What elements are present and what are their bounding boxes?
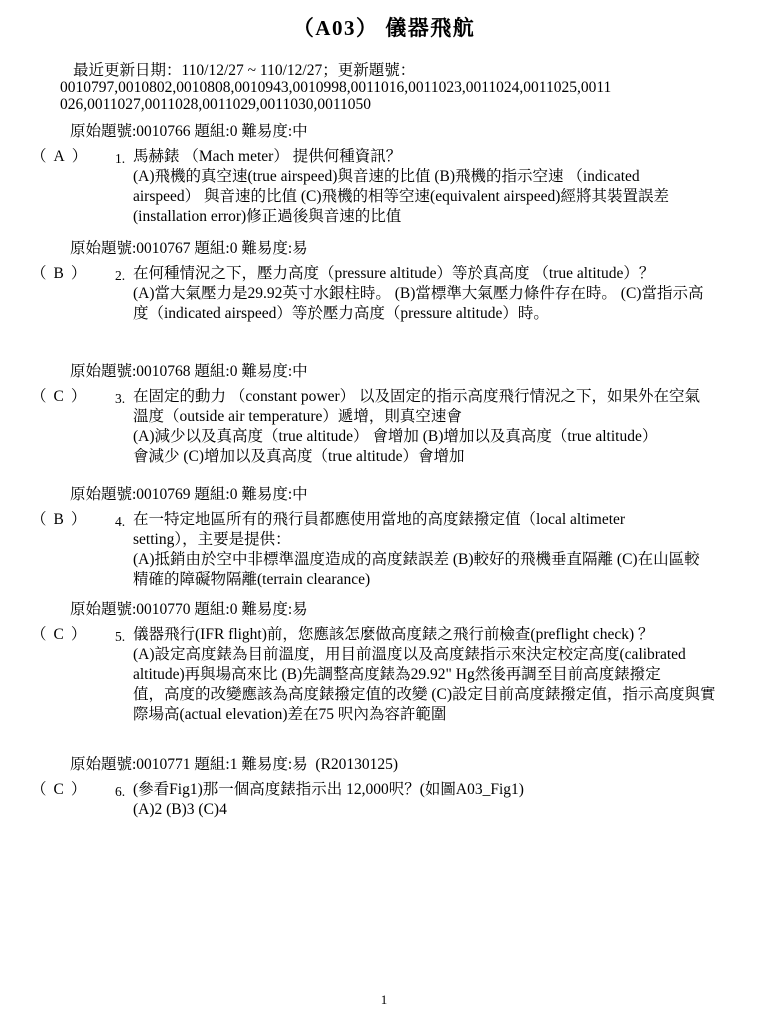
question-block: 原始題號:0010768 題組:0 難易度:中 （C） 3. 在固定的動力 （c… xyxy=(0,362,768,467)
question-text-line: (A)抵銷由於空中非標準溫度造成的高度錶誤差 (B)較好的飛機垂直隔離 (C)在… xyxy=(133,550,768,570)
answer-key: （C） xyxy=(31,780,93,800)
question-text: 在固定的動力 （constant power） 以及固定的指示高度飛行情況之下，… xyxy=(133,387,768,467)
question-number: 5. xyxy=(115,627,125,647)
page-title: （A03） 儀器飛航 xyxy=(0,0,768,41)
question-body: （B） 2. 在何種情況之下，壓力高度（pressure altitude）等於… xyxy=(0,264,768,324)
question-block: 原始題號:0010770 題組:0 難易度:易 （C） 5. 儀器飛行(IFR … xyxy=(0,600,768,725)
question-text-line: (參看Fig1)那一個高度錶指示出 12,000呎？(如圖A03_Fig1) xyxy=(133,780,768,800)
question-text: 在一特定地區所有的飛行員都應使用當地的高度錶撥定值（local altimete… xyxy=(133,510,768,590)
question-text: 儀器飛行(IFR flight)前，您應該怎麼做高度錶之飛行前檢查(prefli… xyxy=(133,625,768,725)
question-number: 3. xyxy=(115,389,125,409)
question-meta: 原始題號:0010768 題組:0 難易度:中 xyxy=(70,362,768,382)
question-text: 馬赫錶 （Mach meter） 提供何種資訊？(A)飛機的真空速(true a… xyxy=(133,147,768,227)
question-meta: 原始題號:0010769 題組:0 難易度:中 xyxy=(70,485,768,505)
question-text-line: (installation error)修正過後與音速的比值 xyxy=(133,207,768,227)
question-meta: 原始題號:0010766 題組:0 難易度:中 xyxy=(70,122,768,142)
question-text: 在何種情況之下，壓力高度（pressure altitude）等於真高度 （tr… xyxy=(133,264,768,324)
question-text-line: (A)當大氣壓力是29.92英寸水銀柱時。 (B)當標準大氣壓力條件存在時。 (… xyxy=(133,284,768,304)
question-meta: 原始題號:0010770 題組:0 難易度:易 xyxy=(70,600,768,620)
answer-key: （B） xyxy=(31,510,93,530)
question-text-line: (A)飛機的真空速(true airspeed)與音速的比值 (B)飛機的指示空… xyxy=(133,167,768,187)
question-number: 2. xyxy=(115,266,125,286)
question-block: 原始題號:0010767 題組:0 難易度:易 （B） 2. 在何種情況之下，壓… xyxy=(0,239,768,324)
question-text-line: (A)減少以及真高度（true altitude） 會增加 (B)增加以及真高度… xyxy=(133,427,768,447)
question-body: （A） 1. 馬赫錶 （Mach meter） 提供何種資訊？(A)飛機的真空速… xyxy=(0,147,768,227)
question-text-line: 在固定的動力 （constant power） 以及固定的指示高度飛行情況之下，… xyxy=(133,387,768,407)
question-body: （C） 3. 在固定的動力 （constant power） 以及固定的指示高度… xyxy=(0,387,768,467)
page-number: 1 xyxy=(0,992,768,1008)
question-meta: 原始題號:0010771 題組:1 難易度:易 (R20130125) xyxy=(70,755,768,775)
answer-key: （C） xyxy=(31,625,93,645)
question-block: 原始題號:0010771 題組:1 難易度:易 (R20130125) （C） … xyxy=(0,755,768,820)
question-text-line: 會減少 (C)增加以及真高度（true altitude）會增加 xyxy=(133,447,768,467)
question-list: 原始題號:0010766 題組:0 難易度:中 （A） 1. 馬赫錶 （Mach… xyxy=(0,122,768,820)
question-block: 原始題號:0010766 題組:0 難易度:中 （A） 1. 馬赫錶 （Mach… xyxy=(0,122,768,227)
question-text-line: 溫度（outside air temperature）遞增，則真空速會 xyxy=(133,407,768,427)
question-block: 原始題號:0010769 題組:0 難易度:中 （B） 4. 在一特定地區所有的… xyxy=(0,485,768,590)
answer-key: （A） xyxy=(31,147,94,167)
updated-question-numbers-line-2: 026,0011027,0011028,0011029,0011030,0011… xyxy=(60,96,750,113)
question-number: 4. xyxy=(115,512,125,532)
question-text-line: 值，高度的改變應該為高度錶撥定值的改變 (C)設定目前高度錶撥定值，指示高度與實 xyxy=(133,685,768,705)
question-text-line: (A)設定高度錶為目前溫度，用目前溫度以及高度錶指示來決定校定高度(calibr… xyxy=(133,645,768,665)
question-number: 1. xyxy=(115,149,125,169)
question-text-line: setting），主要是提供： xyxy=(133,530,768,550)
question-number: 6. xyxy=(115,782,125,802)
question-text-line: 際場高(actual elevation)差在75 呎內為容許範圍 xyxy=(133,705,768,725)
question-meta: 原始題號:0010767 題組:0 難易度:易 xyxy=(70,239,768,259)
answer-key: （B） xyxy=(31,264,93,284)
update-date-line: 最近更新日期：110/12/27 ~ 110/12/27；更新題號： xyxy=(60,62,750,79)
question-body: （C） 5. 儀器飛行(IFR flight)前，您應該怎麼做高度錶之飛行前檢查… xyxy=(0,625,768,725)
question-text-line: 在何種情況之下，壓力高度（pressure altitude）等於真高度 （tr… xyxy=(133,264,768,284)
question-text-line: (A)2 (B)3 (C)4 xyxy=(133,800,768,820)
question-text-line: 度（indicated airspeed）等於壓力高度（pressure alt… xyxy=(133,304,768,324)
exam-document-page: （A03） 儀器飛航 最近更新日期：110/12/27 ~ 110/12/27；… xyxy=(0,0,768,1024)
question-text-line: 馬赫錶 （Mach meter） 提供何種資訊？ xyxy=(133,147,768,167)
question-text-line: airspeed） 與音速的比值 (C)飛機的相等空速(equivalent a… xyxy=(133,187,768,207)
question-text-line: 儀器飛行(IFR flight)前，您應該怎麼做高度錶之飛行前檢查(prefli… xyxy=(133,625,768,645)
question-text-line: 精確的障礙物隔離(terrain clearance) xyxy=(133,570,768,590)
update-info-block: 最近更新日期：110/12/27 ~ 110/12/27；更新題號： 00107… xyxy=(60,62,750,113)
question-text-line: 在一特定地區所有的飛行員都應使用當地的高度錶撥定值（local altimete… xyxy=(133,510,768,530)
question-text: (參看Fig1)那一個高度錶指示出 12,000呎？(如圖A03_Fig1)(A… xyxy=(133,780,768,820)
answer-key: （C） xyxy=(31,387,93,407)
question-text-line: altitude)再與場高來比 (B)先調整高度錶為29.92" Hg然後再調至… xyxy=(133,665,768,685)
question-body: （B） 4. 在一特定地區所有的飛行員都應使用當地的高度錶撥定值（local a… xyxy=(0,510,768,590)
question-body: （C） 6. (參看Fig1)那一個高度錶指示出 12,000呎？(如圖A03_… xyxy=(0,780,768,820)
updated-question-numbers-line-1: 0010797,0010802,0010808,0010943,0010998,… xyxy=(60,79,750,96)
